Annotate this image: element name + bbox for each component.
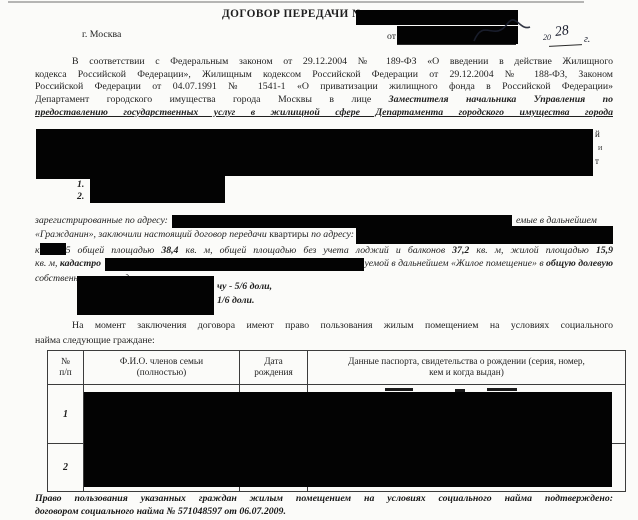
date-prefix: от [387, 31, 396, 42]
total-area-value: 38,4 [161, 245, 178, 256]
area-text-3: кв. м, жилой площадью [476, 245, 588, 256]
table-text-fragment-1 [385, 388, 413, 391]
area-text-2: кв. м, общей площадью без учета лоджий и… [186, 245, 446, 256]
area-without-balcony-value: 37,2 [452, 245, 469, 256]
table-row-1-number: 1 [48, 385, 84, 444]
usage-paragraph: На момент заключения договора имеют прав… [35, 319, 613, 348]
intro-line-5: предоставлению государственных услуг в ж… [35, 107, 613, 120]
intro-line-4-regular: Департамент городского имущества города … [35, 94, 371, 105]
area-text-1: 5 общей площадью [66, 245, 155, 256]
intro-line-3: Российской Федерации от 04.07.1991 № 154… [35, 81, 613, 94]
usage-line-1: На момент заключения договора имеют прав… [35, 319, 613, 334]
intro-paragraph: В соответствии с Федеральным законом от … [35, 56, 613, 120]
intro-line-4-official-title: Заместителя начальника Управления по [389, 94, 613, 105]
handwritten-date-century: 20 [543, 33, 551, 42]
share-line-2: 1/6 доли. [217, 295, 254, 306]
table-header-name: Ф.И.О. членов семьи (полностью) [84, 351, 240, 385]
redaction-party-names [90, 175, 225, 203]
footer-line-2: договором социального найма № 571048597 … [35, 506, 613, 519]
party-list-number-2: 2. [77, 191, 84, 202]
intro-line-5-official-title: предоставлению государственных услуг в ж… [35, 107, 613, 118]
usage-line-2: найма следующие граждане: [35, 334, 613, 349]
area-line: к5 общей площадью 38,4 кв. м, общей площ… [35, 243, 613, 257]
redaction-parties-block-step [36, 176, 94, 179]
handwriting-flourish [468, 13, 552, 47]
apartment-word: квартиры [269, 228, 308, 242]
share-line-1: чу - 5/6 доли, [217, 281, 272, 292]
contract-subject-line: «Гражданин», заключили настоящий договор… [35, 228, 613, 242]
edge-text-fragment-1: й [595, 129, 600, 139]
redaction-cadastre-number [105, 258, 364, 271]
table-header-passport: Данные паспорта, свидетельства о рождени… [308, 351, 625, 385]
table-text-fragment-3 [487, 388, 517, 391]
common-share-words: общую долевую [546, 257, 613, 271]
redaction-table-data [84, 392, 612, 487]
cadastre-text-1: кв. м, [35, 257, 57, 271]
handwritten-date-suffix: г. [584, 34, 590, 45]
city-label: г. Москва [82, 29, 121, 40]
intro-line-2: кодекса Российской Федерации», Жилищным … [35, 69, 613, 82]
citizen-clause: «Гражданин», заключили настоящий договор… [35, 228, 267, 242]
living-area-value: 15,9 [596, 245, 613, 256]
cadastre-line: кв. м, кадастро уемой в дальнейшем «Жило… [35, 257, 613, 271]
document-title: ДОГОВОР ПЕРЕДАЧИ № [222, 8, 364, 20]
cadastre-text-2: уемой в дальнейшем «Жилое помещение» в [364, 257, 543, 271]
table-header-number: № п/п [48, 351, 84, 385]
year-underline [549, 44, 582, 47]
redaction-apartment-number [40, 243, 66, 255]
intro-line-1: В соответствии с Федеральным законом от … [35, 56, 613, 69]
table-header-birthdate: Дата рождения [240, 351, 308, 385]
edge-text-fragment-2: и [598, 143, 602, 152]
redaction-share-names [77, 276, 214, 315]
footer-line-1: Право пользования указанных граждан жилы… [35, 493, 613, 506]
at-address-label: по адресу: [311, 228, 354, 242]
footer-paragraph: Право пользования указанных граждан жилы… [35, 493, 613, 519]
table-row-2-number: 2 [48, 444, 84, 491]
redaction-parties-block [36, 129, 593, 176]
party-list-number-1: 1. [77, 179, 84, 190]
scan-artifact-line [8, 1, 584, 3]
document-page: { "header": { "title": "ДОГОВОР ПЕРЕДАЧИ… [0, 0, 638, 520]
redaction-apartment-address [356, 226, 613, 244]
intro-line-4: Департамент городского имущества города … [35, 94, 613, 107]
handwritten-date-year: 28 [554, 23, 570, 41]
cadastre-word: кадастро [60, 257, 101, 271]
edge-text-fragment-3: т [595, 156, 599, 166]
registered-prefix: зарегистрированные по адресу: [35, 214, 168, 228]
